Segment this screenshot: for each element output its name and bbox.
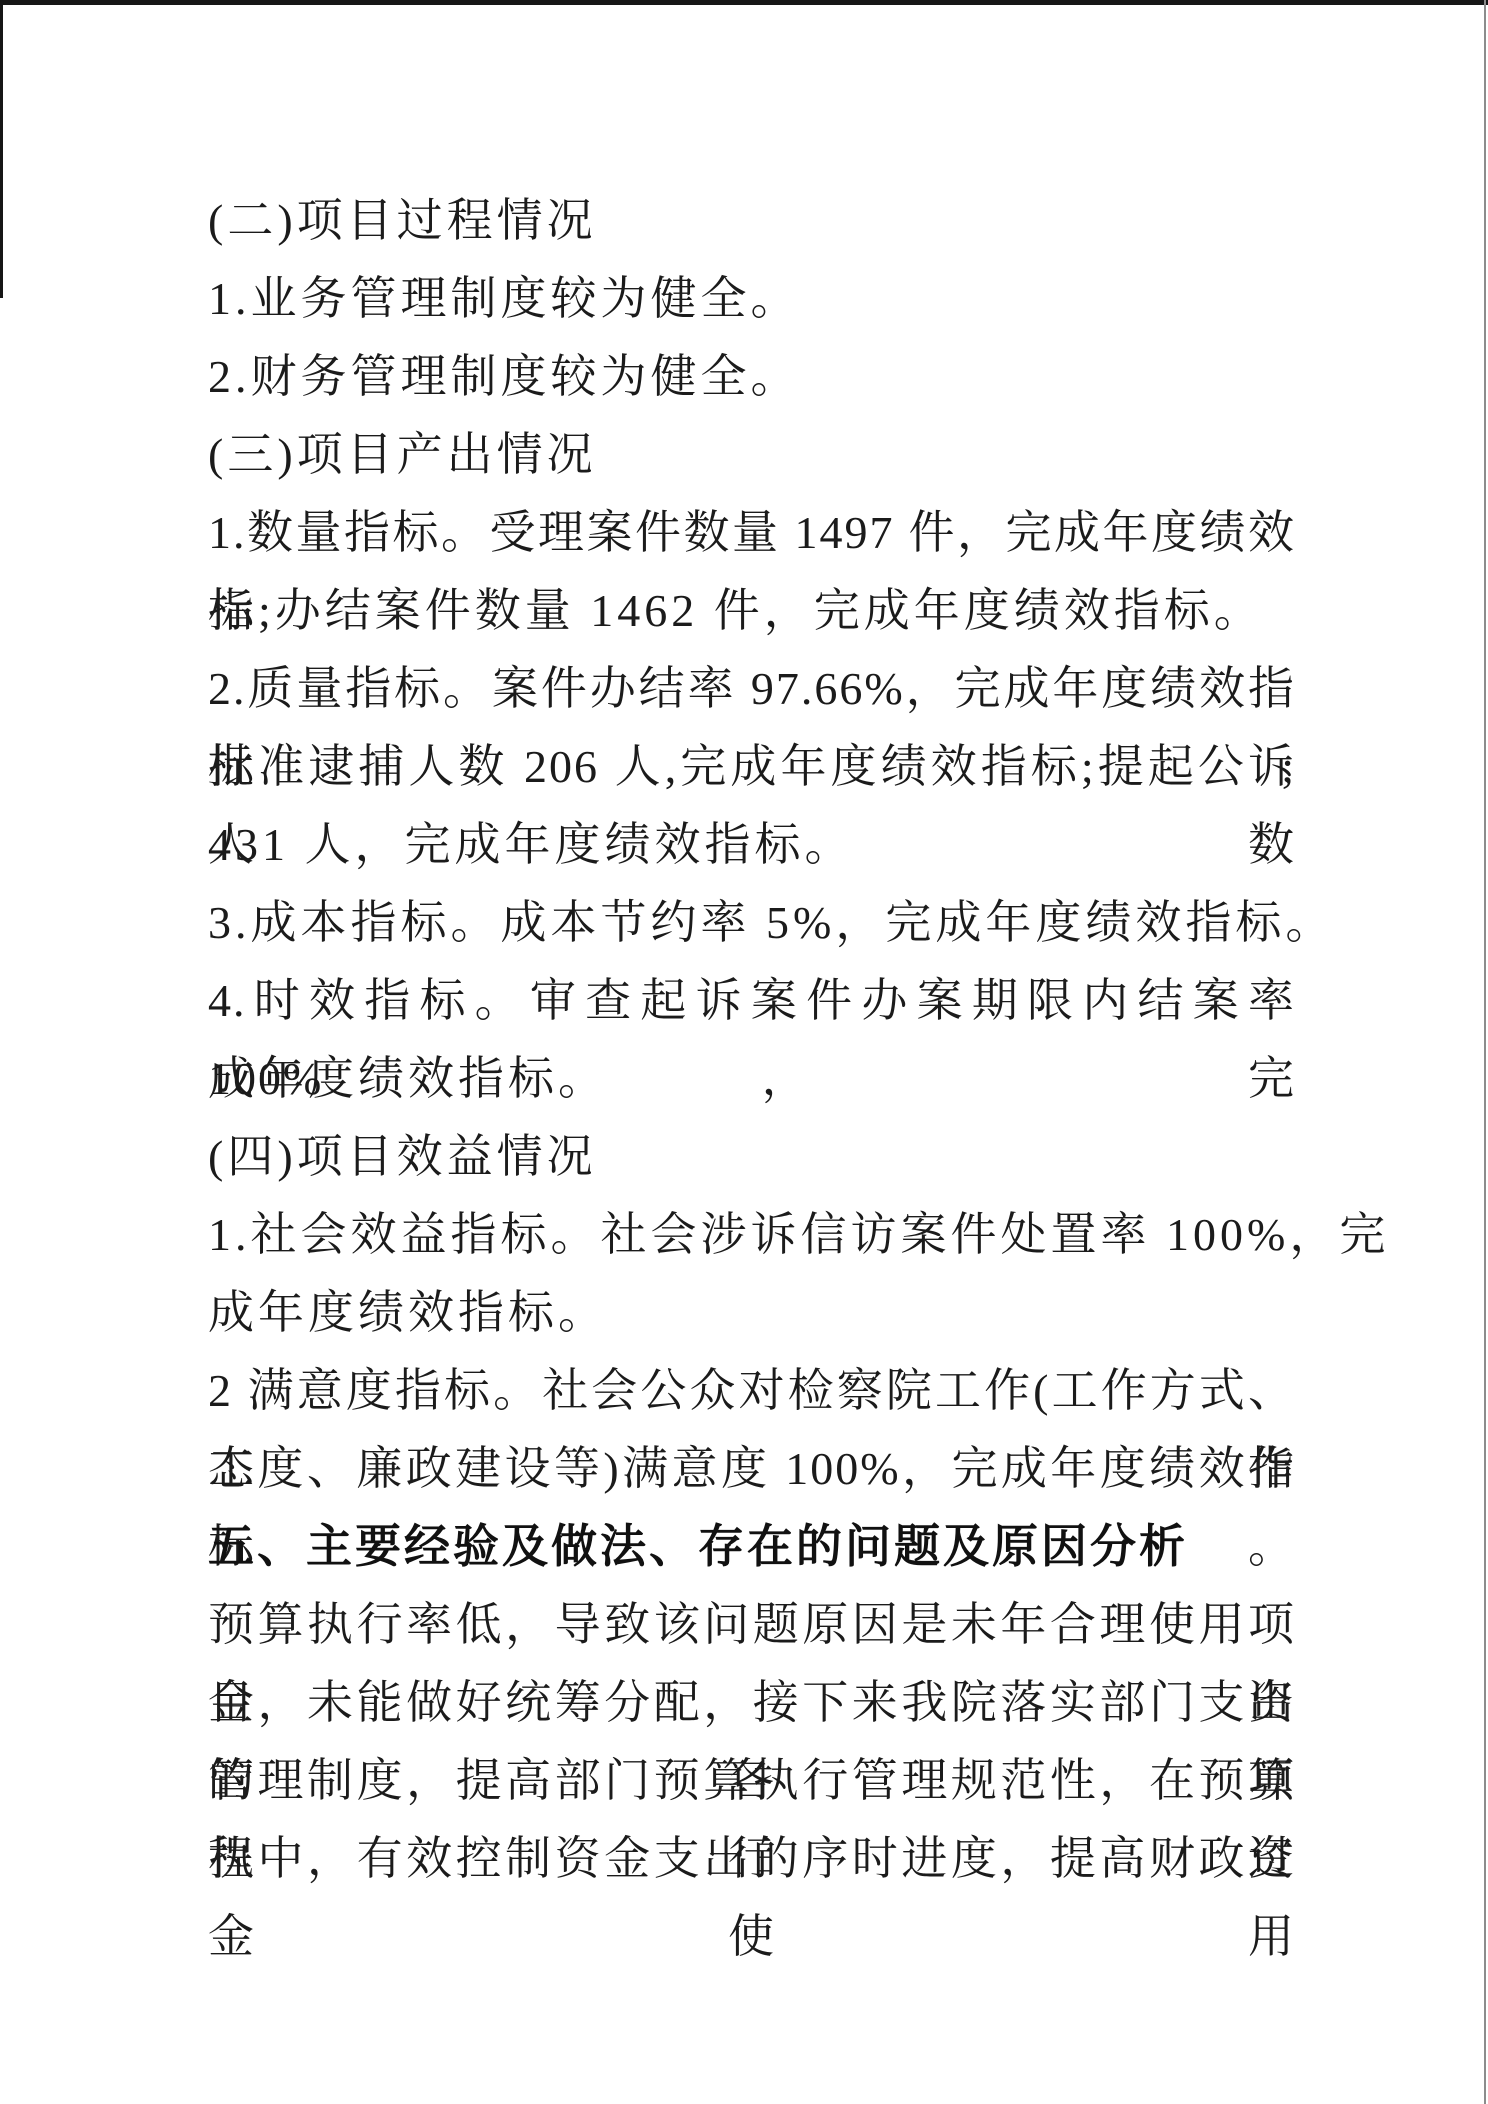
section-subheading: (四)项目效益情况 — [208, 1118, 1296, 1196]
text-line: 成年度绩效指标。 — [208, 1274, 1296, 1352]
text-line: 预算执行率低，导致该问题原因是未年合理使用项目资 — [208, 1586, 1296, 1664]
text-line: 1.社会效益指标。社会涉诉信访案件处置率 100%，完 — [208, 1196, 1296, 1274]
text-line: 程中，有效控制资金支出的序时进度，提高财政资金使用 — [208, 1820, 1296, 1898]
text-line: 金，未能做好统筹分配，接下来我院落实部门支出的各项 — [208, 1664, 1296, 1742]
text-line: 标;办结案件数量 1462 件，完成年度绩效指标。 — [208, 572, 1296, 650]
section-heading: 五、主要经验及做法、存在的问题及原因分析 — [208, 1508, 1296, 1586]
text-block: (二)项目过程情况 1.业务管理制度较为健全。 2.财务管理制度较为健全。 (三… — [208, 182, 1296, 1898]
section-subheading: (三)项目产出情况 — [208, 416, 1296, 494]
section-subheading: (二)项目过程情况 — [208, 182, 1296, 260]
text-line: 态度、廉政建设等)满意度 100%，完成年度绩效指标。 — [208, 1430, 1296, 1508]
text-line: 2.财务管理制度较为健全。 — [208, 338, 1296, 416]
text-line: 4.时效指标。审查起诉案件办案期限内结案率 100%，完 — [208, 962, 1296, 1040]
text-line: 管理制度，提高部门预算执行管理规范性，在预算执行过 — [208, 1742, 1296, 1820]
page-edge-left — [0, 0, 3, 298]
page-edge-top — [0, 0, 1488, 5]
document-page: (二)项目过程情况 1.业务管理制度较为健全。 2.财务管理制度较为健全。 (三… — [0, 0, 1488, 2104]
text-line: 批准逮捕人数 206 人,完成年度绩效指标;提起公诉人数 — [208, 728, 1296, 806]
page-edge-right — [1484, 0, 1486, 2104]
text-line: 1.数量指标。受理案件数量 1497 件，完成年度绩效指 — [208, 494, 1296, 572]
text-line: 2.质量指标。案件办结率 97.66%，完成年度绩效指标; — [208, 650, 1296, 728]
text-line: 1.业务管理制度较为健全。 — [208, 260, 1296, 338]
text-line: 2 满意度指标。社会公众对检察院工作(工作方式、工作 — [208, 1352, 1296, 1430]
text-line: 3.成本指标。成本节约率 5%，完成年度绩效指标。 — [208, 884, 1296, 962]
